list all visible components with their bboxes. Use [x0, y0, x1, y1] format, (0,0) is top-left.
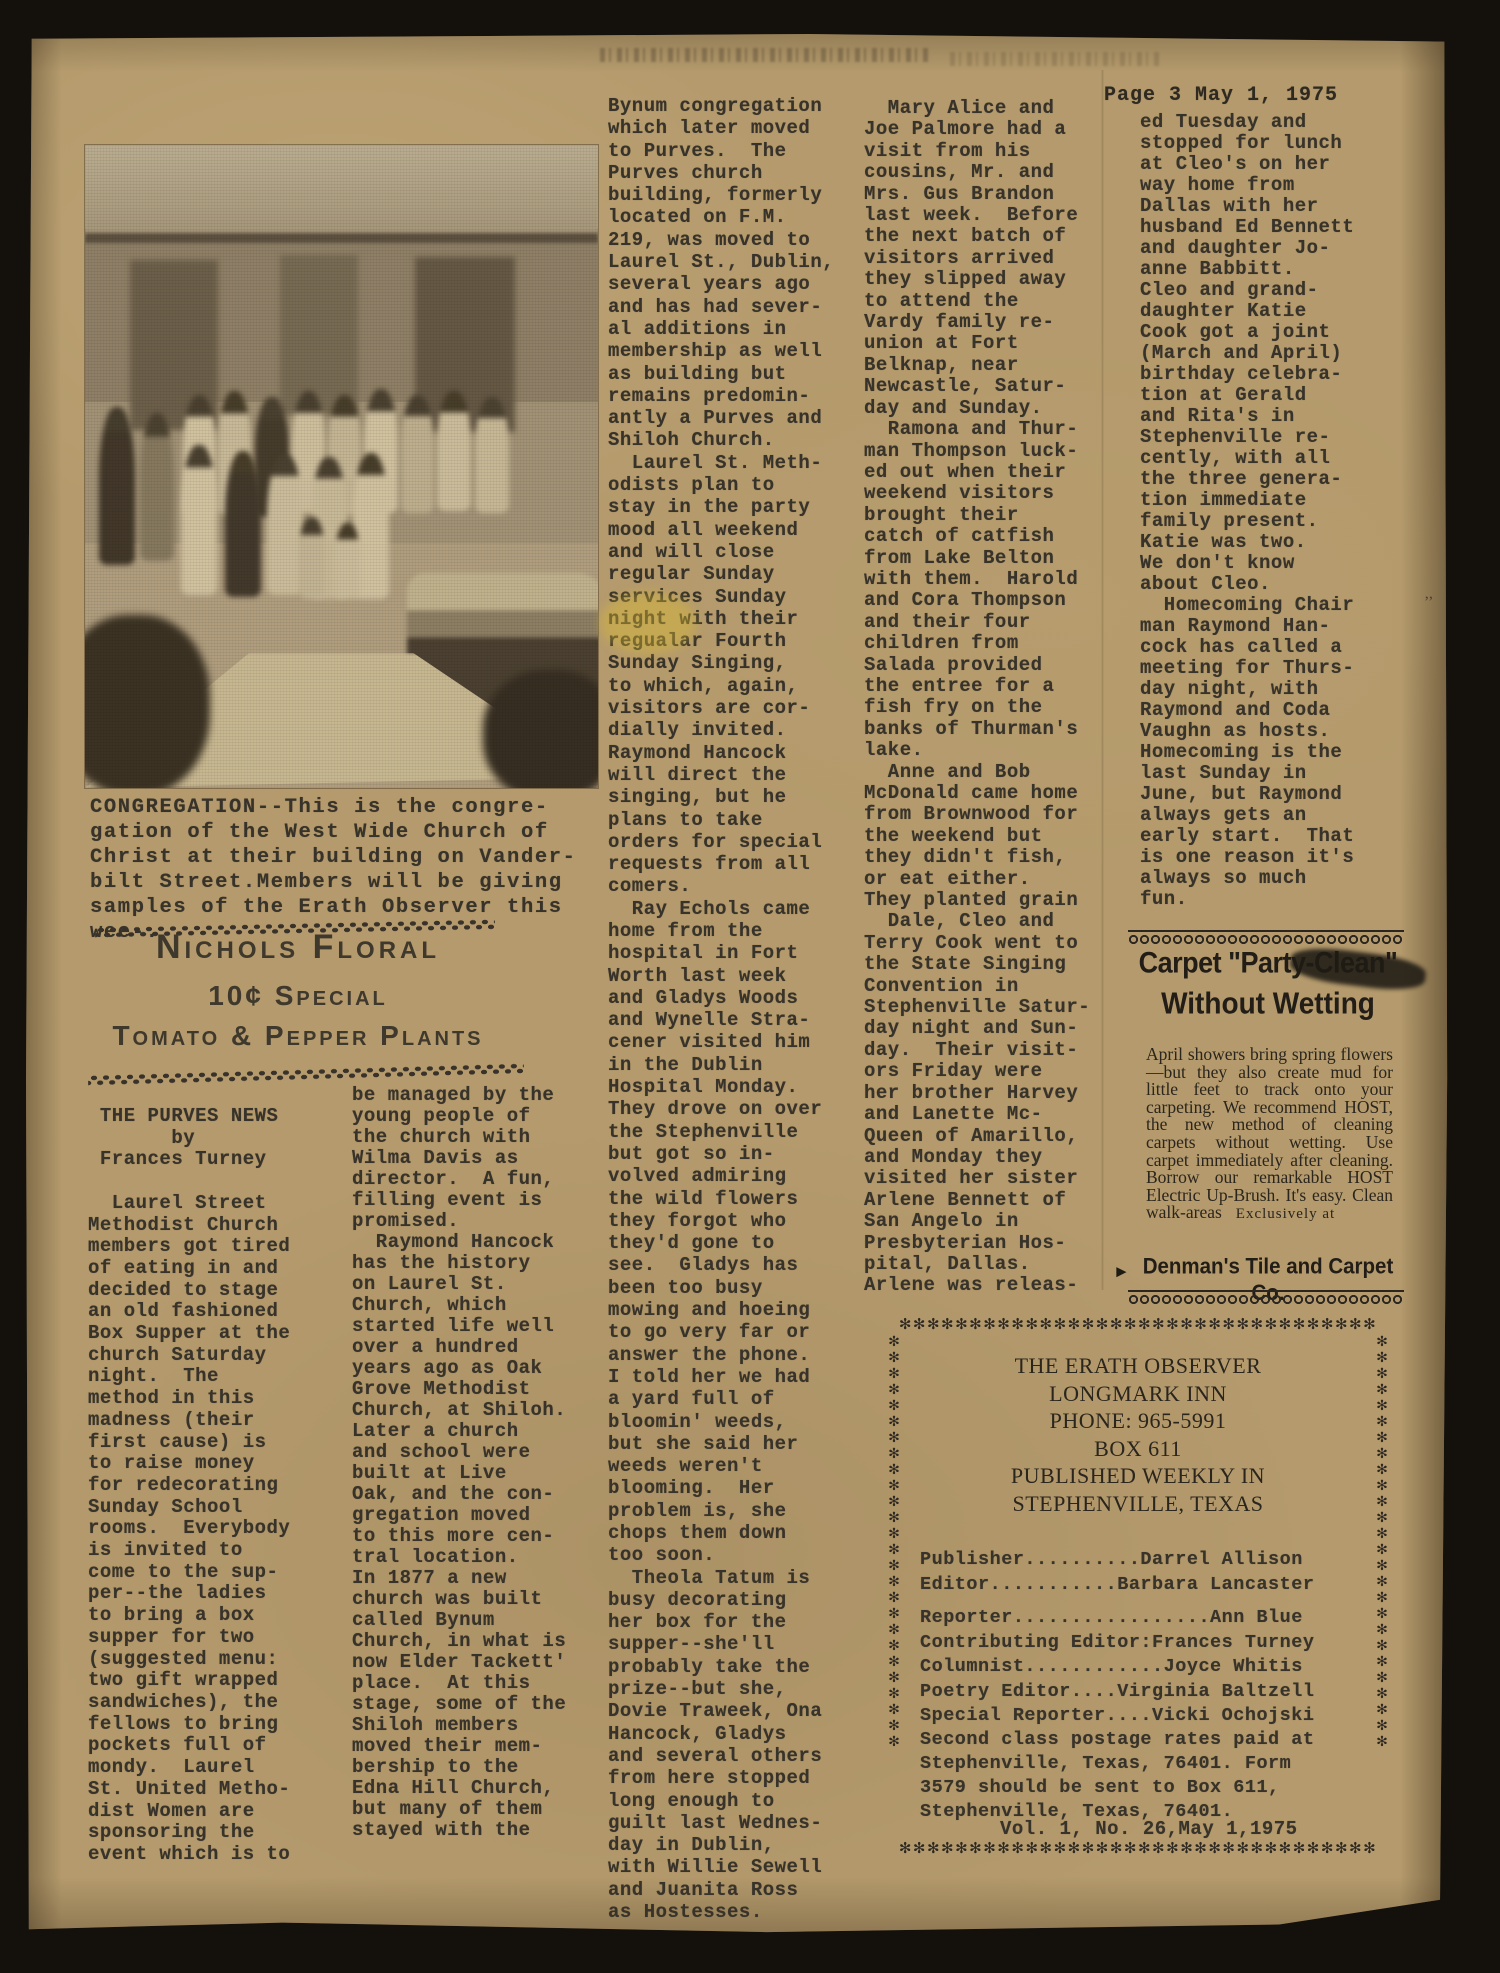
masthead-title-block: THE ERATH OBSERVER LONGMARK INN PHONE: 9…: [904, 1352, 1372, 1518]
masthead-volume-line: Vol. 1, No. 26,May 1,1975: [1000, 1818, 1298, 1840]
carpet-ad-copy: April showers bring spring flowers—but t…: [1146, 1044, 1393, 1222]
masthead-border-top: ✻✻✻✻✻✻✻✻✻✻✻✻✻✻✻✻✻✻✻✻✻✻✻✻✻✻✻✻✻✻✻✻✻✻: [884, 1314, 1392, 1334]
column-three: Bynum congregation which later moved to …: [608, 95, 834, 1923]
staff-lines-top: Publisher..........Darrel Allison Editor…: [920, 1549, 1314, 1595]
carpet-ad-subheadline: Without Wetting: [1128, 987, 1408, 1022]
carpet-ad-body: April showers bring spring flowers—but t…: [1146, 1046, 1393, 1224]
column-four: Mary Alice and Joe Palmore had a visit f…: [864, 98, 1090, 1297]
masthead-staff-list: Publisher..........Darrel Allison Editor…: [920, 1548, 1314, 1729]
ad-items: Tomato & Pepper Plants: [80, 1020, 516, 1052]
masthead-postage-notice: Second class postage rates paid at Steph…: [920, 1728, 1314, 1824]
nichols-floral-ad: Nichols Floral 10¢ Special Tomato & Pepp…: [80, 928, 516, 1052]
masthead-border-bottom: ✻✻✻✻✻✻✻✻✻✻✻✻✻✻✻✻✻✻✻✻✻✻✻✻✻✻✻✻✻✻✻✻✻✻: [884, 1838, 1392, 1858]
paper-crease: [1101, 70, 1104, 1290]
staff-gap: [920, 1597, 1314, 1606]
column-five: ed Tuesday and stopped for lunch at Cleo…: [1140, 112, 1354, 910]
print-through-smudge: [950, 52, 1160, 66]
halftone-grain-overlay: [85, 145, 598, 788]
right-pointer-arrow-icon: ►: [1113, 1262, 1130, 1282]
ditto-mark-artifact: ’’: [1424, 594, 1433, 612]
newspaper-scan-page: { "page": { "title": "The Erath Observer…: [0, 0, 1500, 1973]
loop-border-icon: [1128, 930, 1404, 945]
staff-lines-bottom: Reporter.................Ann Blue Contri…: [920, 1607, 1314, 1726]
congregation-photo: [85, 145, 598, 788]
masthead-border-right: ✻✻✻✻✻✻✻✻✻✻✻✻✻✻✻✻✻✻✻✻✻✻✻✻✻✻: [1372, 1334, 1392, 1838]
column-purves-news: THE PURVES NEWS by Frances Turney Laurel…: [88, 1106, 290, 1866]
ad-title: Nichols Floral: [80, 928, 516, 966]
loop-border-icon: [1128, 1290, 1404, 1305]
print-through-smudge: [600, 48, 930, 62]
exclusively-at-label: Exclusively at: [1222, 1206, 1335, 1222]
page-number-dateline: Page 3 May 1, 1975: [1104, 84, 1338, 107]
column-two: be managed by the young people of the ch…: [352, 1085, 566, 1841]
ad-offer: 10¢ Special: [80, 980, 516, 1012]
highlighter-stain: [600, 592, 696, 654]
masthead-border-left: ✻✻✻✻✻✻✻✻✻✻✻✻✻✻✻✻✻✻✻✻✻✻✻✻✻✻: [884, 1334, 904, 1838]
